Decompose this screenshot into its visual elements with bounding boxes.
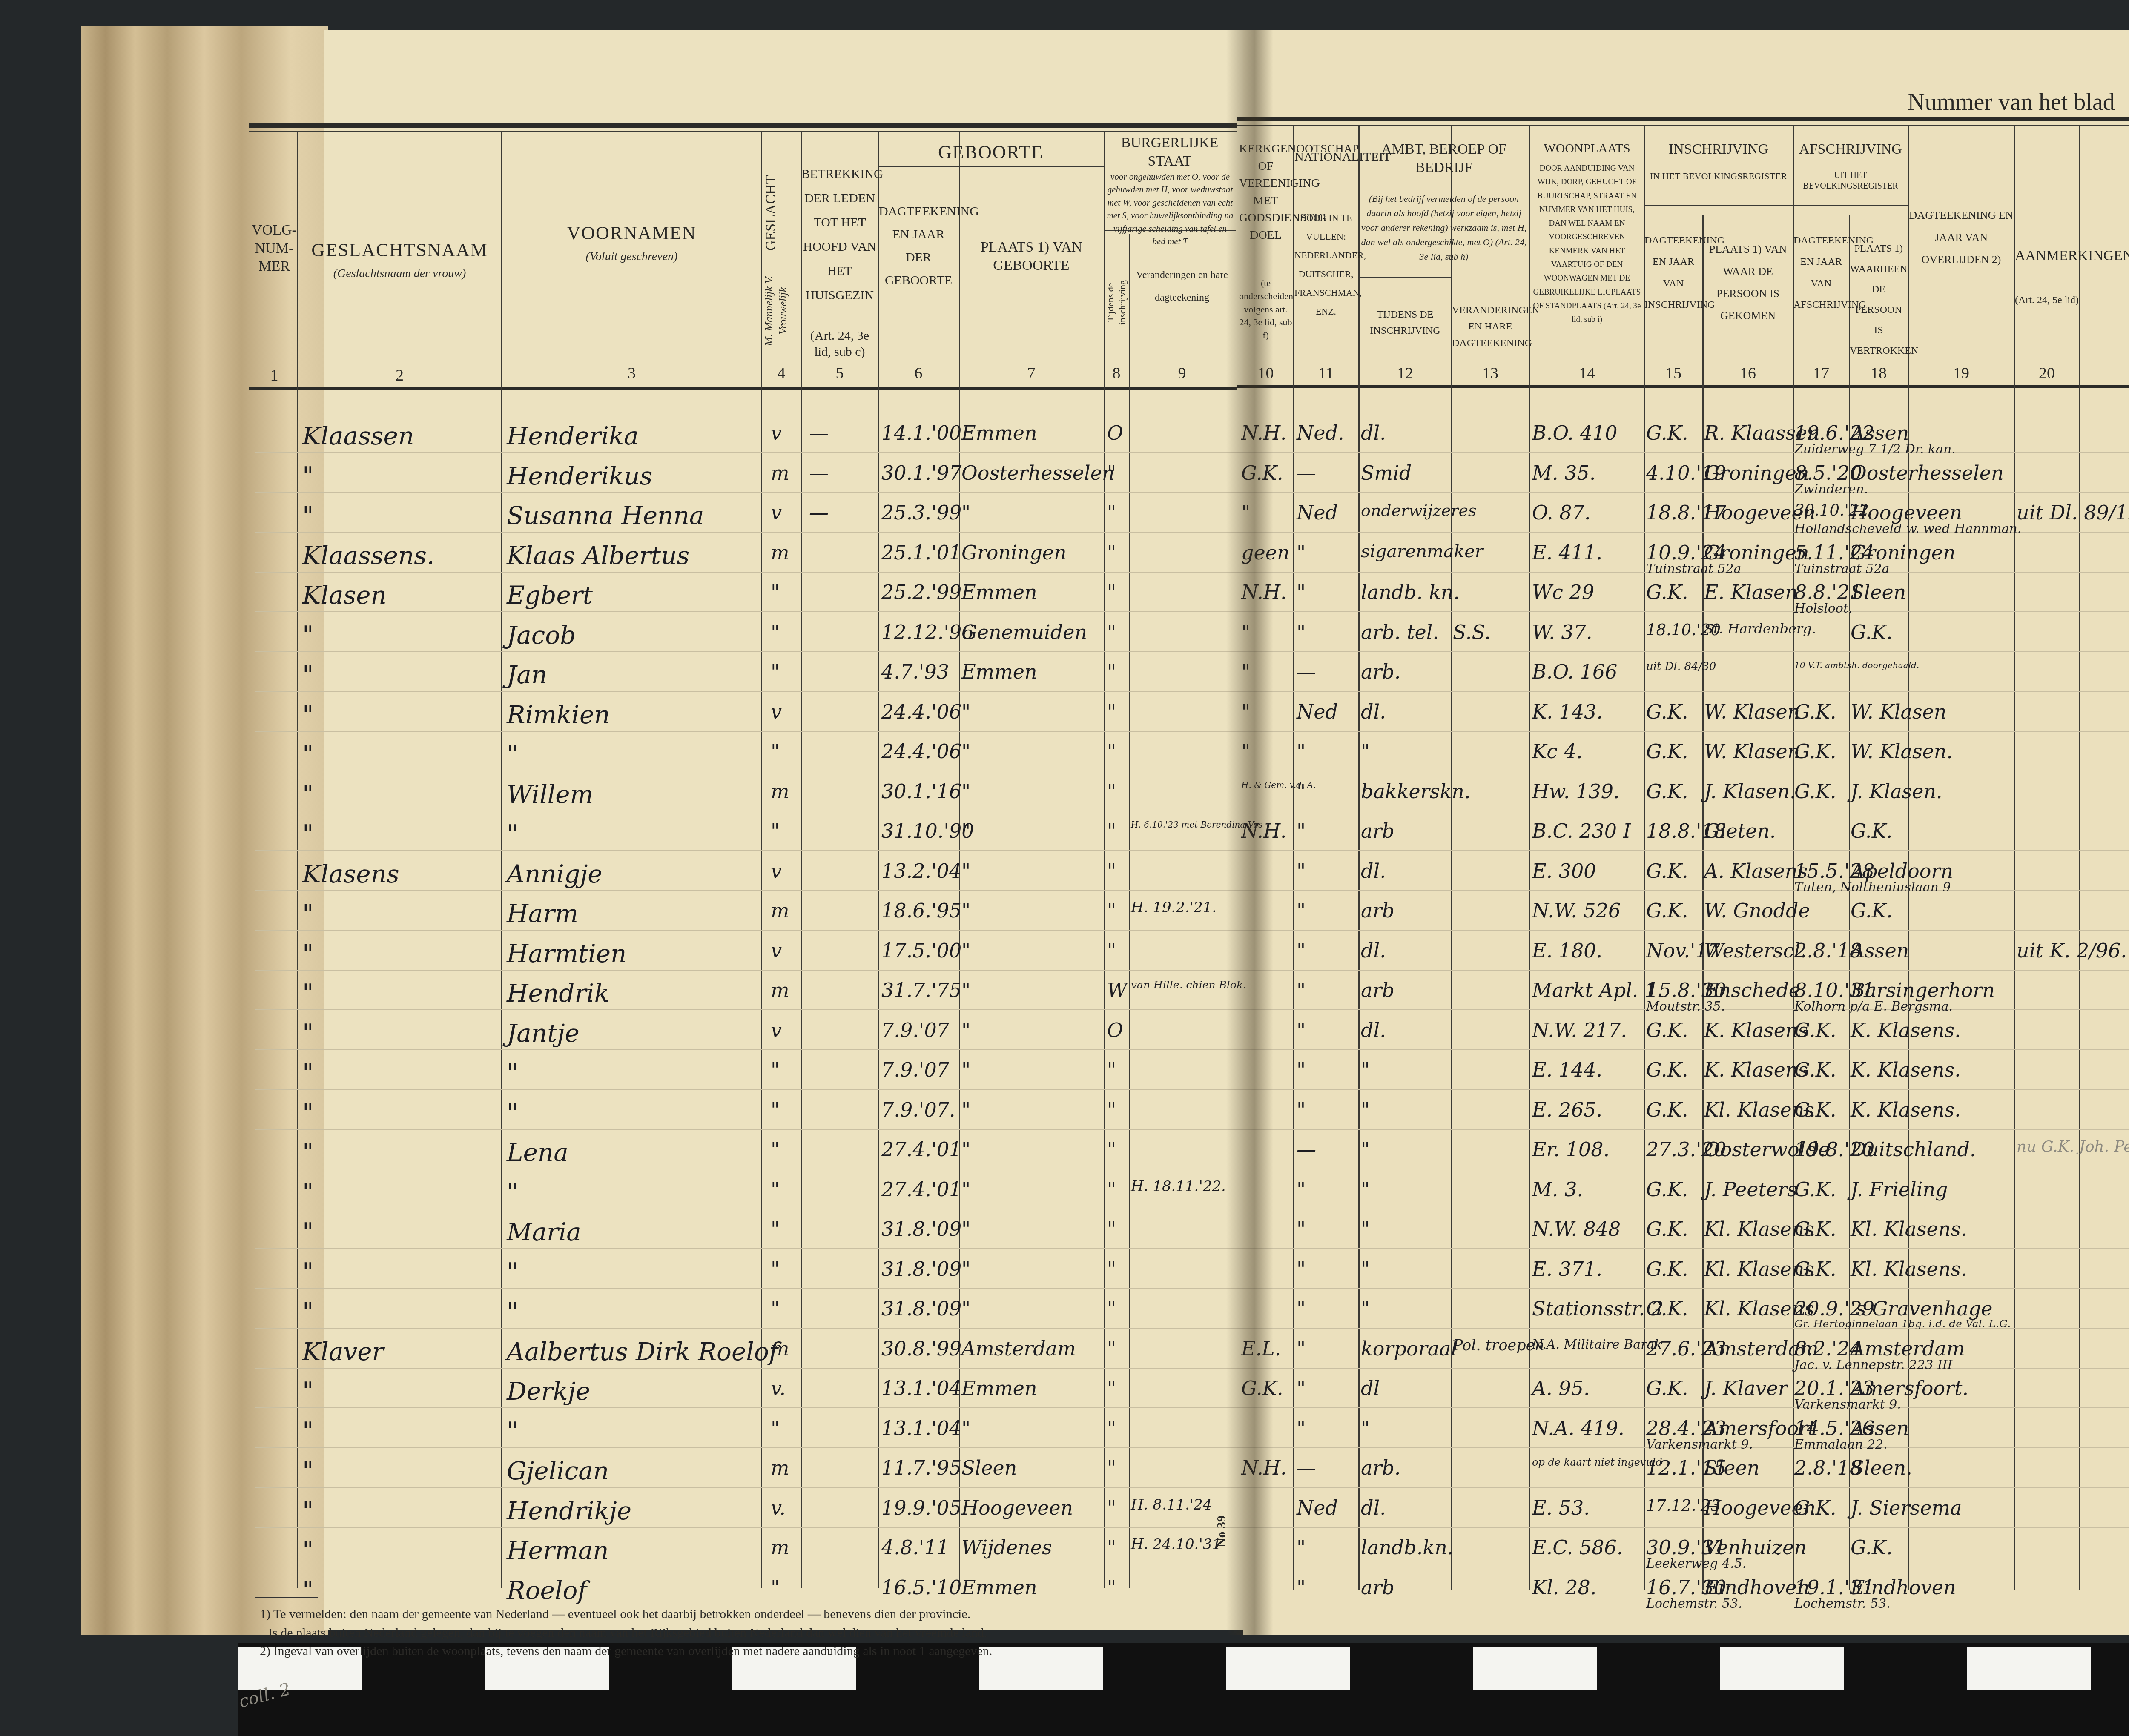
cell-in-from: Amsterdam (1704, 1337, 1808, 1360)
cell-given: " (507, 1417, 518, 1446)
cell-born: 31.10.'90 (881, 819, 974, 842)
cell-civil: " (1107, 1456, 1116, 1479)
row-rule (255, 970, 2129, 971)
row-rule (255, 1248, 2129, 1249)
cell-surname: " (302, 1098, 314, 1127)
cell-out-date: G.K. (1794, 780, 1836, 803)
cell-civil: " (1107, 1377, 1116, 1400)
cell-address: A. 95. (1532, 1377, 1590, 1400)
cell-sex: m (771, 541, 789, 564)
header-voornamen-sub: (Voluit geschreven) (502, 249, 761, 264)
col-divider (1293, 126, 1294, 1590)
cell-sex: " (771, 1058, 780, 1081)
cell-given: " (507, 1058, 518, 1087)
cell-civil: " (1107, 660, 1116, 683)
cell-out-to: K. Klasens. (1851, 1019, 1961, 1042)
cell-given: Hendrikje (507, 1496, 631, 1525)
cell-birthplace: " (961, 1178, 970, 1201)
cell-in-from: J. Klasen. (1704, 780, 1796, 803)
cell-given: Egbert (507, 581, 593, 610)
cell-remarks: nu G.K. Joh. Peeters (2017, 1138, 2129, 1155)
cell-birthplace: " (961, 501, 970, 524)
cell-birthplace: Emmen (961, 660, 1037, 683)
cell-civil: " (1107, 1417, 1116, 1440)
cell-civil: O (1107, 1019, 1123, 1042)
cell-civil: " (1107, 501, 1116, 524)
cell-nat: " (1297, 1178, 1306, 1201)
cell-in-from: Venhuizen (1704, 1536, 1807, 1559)
cell-occ-change: Pol. troepen (1453, 1337, 1544, 1354)
header-afschrijving-sub: UIT HET BEVOLKINGSREGISTER (1793, 170, 1908, 192)
cell-born: 31.7.'75 (881, 979, 961, 1002)
cell-surname: " (302, 780, 314, 809)
cell-given: " (507, 819, 518, 848)
cell-occ: arb. (1361, 1456, 1400, 1479)
cell-out-to: G.K. (1851, 899, 1893, 922)
cell-birthplace: Emmen (961, 1377, 1037, 1400)
cell-surname: Klaassens. (302, 541, 434, 570)
cell-address: N.A. 419. (1532, 1417, 1624, 1440)
cell-sex: m (771, 1536, 789, 1559)
header-burgerlijke-staat: BURGERLIJKE STAAT (1104, 134, 1236, 170)
cell-born: 27.4.'01 (881, 1138, 961, 1161)
cell-birthplace: " (961, 1417, 970, 1440)
cell-birthplace: Sleen (961, 1456, 1017, 1479)
col-number: 17 (1793, 364, 1849, 383)
cell-out-to: Hoogeveen (1851, 501, 1962, 524)
cell-sex: m (771, 979, 789, 1002)
header-voornamen: VOORNAMEN (502, 221, 761, 245)
cell-nat: " (1297, 939, 1306, 962)
cell-born: 31.8.'09 (881, 1217, 961, 1240)
cell-address: Stationsstr. 2 (1532, 1297, 1660, 1320)
row-rule (255, 1209, 2129, 1209)
row-rule (255, 1487, 2129, 1488)
cell-out-to-2: Zwinderen. (1794, 482, 1868, 497)
cell-sex: " (771, 1417, 780, 1440)
cell-given: Annigje (507, 859, 603, 888)
cell-nat: " (1297, 581, 1306, 604)
cell-civil: W (1107, 979, 1127, 1002)
header-afschrijving-datum: DAGTEEKENING EN JAAR VAN AFSCHRIJVING (1793, 230, 1849, 316)
cell-out-to-2: Tuinstraat 52a (1794, 561, 1889, 576)
cell-occ: bakkerskn. (1361, 780, 1467, 803)
cell-given: Derkje (507, 1377, 590, 1406)
cell-in-date: G.K. (1646, 1019, 1688, 1042)
cell-sex: " (771, 1576, 780, 1599)
cell-in-from: Sleen (1704, 1456, 1759, 1479)
cell-in-from: Groningen (1704, 461, 1808, 484)
cell-occ: " (1361, 1297, 1370, 1320)
cell-surname: " (302, 1576, 314, 1605)
cell-in-from: W. Klasen (1704, 740, 1800, 763)
cell-nat: " (1297, 1058, 1306, 1081)
cell-in-from: W. Gnodde (1704, 899, 1808, 922)
cell-in-date: G.K. (1646, 700, 1688, 723)
row-rule (255, 1129, 2129, 1130)
cell-out-to: Assen (1851, 939, 1909, 962)
header-burgerlijke-staat-note: voor ongehuwden met O, voor de gehuwden … (1106, 170, 1234, 248)
col-number: 4 (762, 364, 801, 383)
cell-surname: " (302, 740, 314, 769)
cell-given: Gjelican (507, 1456, 609, 1485)
cell-birthplace: " (961, 1058, 970, 1081)
cell-surname: " (302, 979, 314, 1008)
cell-surname: " (302, 1536, 314, 1565)
header-aanmerkingen-sub: (Art. 24, 5e lid) (2015, 294, 2079, 307)
cell-nat: — (1297, 461, 1316, 484)
cell-address: B.O. 166 (1532, 660, 1618, 683)
cell-in-from: Enschede (1704, 979, 1800, 1002)
cell-occ: " (1361, 1098, 1370, 1121)
cell-sex: v (771, 859, 782, 882)
cell-in-date: G.K. (1646, 421, 1688, 444)
cell-birthplace: Emmen (961, 581, 1037, 604)
cell-address: M. 35. (1532, 461, 1596, 484)
cell-civil: " (1107, 1178, 1116, 1201)
cell-in-date: G.K. (1646, 1098, 1688, 1121)
cell-given: Jantje (507, 1019, 580, 1048)
cell-address: Kc 4. (1532, 740, 1583, 763)
cell-nat: — (1297, 1138, 1316, 1161)
header-woonplaats-sub: DOOR AANDUIDING VAN WIJK, DORP, GEHUCHT … (1530, 162, 1644, 327)
cell-in-from: J. Klaver (1704, 1377, 1788, 1400)
cell-in-date: G.K. (1646, 1297, 1688, 1320)
header-inschrijving-plaats: PLAATS 1) VAN WAAR DE PERSOON IS GEKOMEN (1703, 238, 1793, 327)
cell-in-from: Eindhoven (1704, 1576, 1808, 1599)
cell-sex: " (771, 581, 780, 604)
cell-nat: " (1297, 541, 1306, 564)
cell-nat: " (1297, 1297, 1306, 1320)
header-geslachtsnaam: GESLACHTSNAAM (298, 238, 501, 262)
cell-address: O. 87. (1532, 501, 1590, 524)
cell-out-to: Kl. Klasens. (1851, 1217, 1967, 1240)
cell-in-date: G.K. (1646, 1178, 1688, 1201)
col-number: 20 (2015, 364, 2079, 383)
cell-address: B.C. 230 I (1532, 819, 1631, 842)
cell-surname: " (302, 899, 314, 928)
cell-nat: " (1297, 1337, 1306, 1360)
cell-in-date: uit Dl. 84/30 (1646, 660, 1716, 673)
cell-out-to: W. Klasen. (1851, 740, 1953, 763)
cell-occ: arb (1361, 979, 1394, 1002)
scale-square (1473, 1647, 1597, 1690)
cell-born: 11.7.'95 (881, 1456, 961, 1479)
cell-birthplace: " (961, 1297, 970, 1320)
cell-occ: landb.kn. (1361, 1536, 1453, 1559)
header-afschrijving-group: AFSCHRIJVING (1793, 140, 1908, 159)
cell-surname: " (302, 660, 314, 689)
cell-in-date: G.K. (1646, 780, 1688, 803)
cell-nat: " (1297, 1377, 1306, 1400)
cell-address: K. 143. (1532, 700, 1603, 723)
cell-out-date: G.K. (1794, 1098, 1836, 1121)
cell-birthplace: " (961, 899, 970, 922)
cell-surname: " (302, 1297, 314, 1326)
cell-surname: " (302, 1258, 314, 1286)
geboorte-subrule (878, 166, 1104, 167)
cell-out-to: K. Klasens. (1851, 1058, 1961, 1081)
cell-birthplace: " (961, 939, 970, 962)
footnote-1: 1) Te vermelden: den naam der gemeente v… (260, 1605, 1222, 1661)
cell-address: W. 37. (1532, 621, 1592, 644)
col-divider (297, 132, 298, 1588)
cell-address: Hw. 139. (1532, 780, 1620, 803)
cell-sex: v (771, 939, 782, 962)
cell-out-to-2: Zuiderweg 7 1/2 Dr. kan. (1794, 442, 1956, 457)
scale-square (1967, 1647, 2091, 1690)
cell-birthplace: " (961, 979, 970, 1002)
cell-out-to: Amsterdam (1851, 1337, 1965, 1360)
cell-in-date: G.K. (1646, 1217, 1688, 1240)
cell-born: 7.9.'07 (881, 1019, 949, 1042)
cell-born: 13.2.'04 (881, 859, 961, 882)
cell-out-date: G.K. (1794, 700, 1836, 723)
cell-nat: " (1297, 1019, 1306, 1042)
cell-occ: korporaal (1361, 1337, 1457, 1360)
cell-in-from: A. Klasens (1704, 859, 1808, 882)
cell-sex: " (771, 1258, 780, 1281)
header-afschrijving-plaats: PLAATS 1) WAARHEEN DE PERSOON IS VERTROK… (1850, 238, 1908, 361)
cell-nat: " (1297, 1417, 1306, 1440)
cell-address: E. 411. (1532, 541, 1602, 564)
row-rule (255, 850, 2129, 851)
cell-in-from: Groningen (1704, 541, 1808, 564)
header-bottom-rule-left (249, 387, 1237, 390)
header-aanmerkingen: AANMERKINGEN (2015, 247, 2079, 265)
cell-occ: Smid (1361, 461, 1412, 484)
cell-occ: " (1361, 1058, 1370, 1081)
header-geslacht-sub: M. Mannelijk V. Vrouwelijk (762, 255, 801, 366)
cell-out-to-2: Lochemstr. 53. (1794, 1596, 1891, 1611)
cell-sex: " (771, 819, 780, 842)
cell-civil: " (1107, 819, 1116, 842)
cell-civil: " (1107, 541, 1116, 564)
header-top-rule-left (249, 123, 1237, 128)
cell-birthplace: " (961, 859, 970, 882)
book-gutter-shadow (1226, 30, 1273, 1635)
cell-nat: " (1297, 1576, 1306, 1599)
cell-in-from-2: Moutstr. 35. (1646, 999, 1725, 1014)
row-rule (255, 651, 2129, 652)
col-number: 15 (1644, 364, 1702, 383)
cell-out-to: Assen (1851, 1417, 1909, 1440)
cell-given: Rimkien (507, 700, 610, 729)
cell-given: Henderikus (507, 461, 652, 490)
cell-in-from: R. Klaassen (1704, 421, 1808, 444)
col-divider (1104, 132, 1105, 1588)
cell-occ: arb (1361, 1576, 1394, 1599)
cell-out-date: G.K. (1794, 1058, 1836, 1081)
cell-out-to-2: Gr. Hertoginnelaan 1bg. i.d. de Val. L.G… (1794, 1318, 2011, 1330)
cell-surname: " (302, 621, 314, 650)
cell-in-from: Kl. Klasens (1704, 1098, 1808, 1121)
header-ambt-note: (Bij het bedrijf vermelden of de persoon… (1361, 192, 1527, 264)
cell-out-to: Sleen (1851, 581, 1906, 604)
cell-civil-change: H. 19.2.'21. (1131, 899, 1217, 916)
col-divider (1702, 215, 1704, 1590)
cell-address: N.W. 217. (1532, 1019, 1627, 1042)
cell-civil-change: H. 8.11.'24 (1131, 1496, 1212, 1513)
cell-occ: " (1361, 1217, 1370, 1240)
cell-civil: " (1107, 461, 1116, 484)
cell-in-from: Gieten. (1704, 819, 1776, 842)
cell-sex: m (771, 1337, 789, 1360)
cell-address: Markt Apl. 1. (1532, 979, 1660, 1002)
cell-address: E. 53. (1532, 1496, 1590, 1519)
cell-civil: " (1107, 1098, 1116, 1121)
cell-born: 24.4.'06 (881, 700, 961, 723)
cell-given: Harm (507, 899, 578, 928)
cell-born: 12.12.'96 (881, 621, 974, 644)
col-divider (1358, 126, 1360, 1590)
cell-given: " (507, 1178, 518, 1207)
cell-occ-change: S.S. (1453, 621, 1491, 644)
cell-nat: Ned (1297, 700, 1338, 723)
cell-out-to-2: Kolhorn p/a E. Bergsma. (1794, 999, 1953, 1014)
cell-address: E. 300 (1532, 859, 1596, 882)
cell-in-from: Oosterwolde (1704, 1138, 1808, 1161)
cell-given: " (507, 740, 518, 769)
cell-given: Roelof (507, 1576, 587, 1605)
cell-out-to-2: Tuten, Noltheniuslaan 9 (1794, 880, 1951, 895)
cell-nat: " (1297, 979, 1306, 1002)
cell-occ: dl. (1361, 1019, 1386, 1042)
cell-out-to: J. Klasen. (1851, 780, 1942, 803)
cell-out-date: G.K. (1794, 1019, 1836, 1042)
cell-nat: " (1297, 780, 1306, 803)
cell-in-from-2: Tuinstraat 52a (1646, 561, 1741, 576)
cell-in-from: E. Klasen (1704, 581, 1798, 604)
col-number: 13 (1452, 364, 1529, 383)
cell-surname: " (302, 501, 314, 530)
cell-nat: " (1297, 1536, 1306, 1559)
cell-out-to: K. Klasens. (1851, 1098, 1961, 1121)
cell-birthplace: Amsterdam (961, 1337, 1076, 1360)
cell-in-from: Hoogeveen (1704, 501, 1808, 524)
cell-born: 4.8.'11 (881, 1536, 949, 1559)
cell-sex: v (771, 700, 782, 723)
cell-given: Willem (507, 780, 594, 809)
cell-out-to: J. Frieling (1851, 1178, 1948, 1201)
cell-in-from: K. Klasens (1704, 1019, 1808, 1042)
footnote-2: 2) Ingeval van overlijden buiten de woon… (260, 1642, 1222, 1661)
cell-civil: " (1107, 581, 1116, 604)
cell-out-to: Amersfoort. (1851, 1377, 1968, 1400)
cell-in-from: W. Klasen (1704, 700, 1800, 723)
cell-address: M. 3. (1532, 1178, 1583, 1201)
cell-out-to: Kl. Klasens. (1851, 1258, 1967, 1281)
cell-surname: Klasen (302, 581, 387, 610)
cell-nat: Ned (1297, 501, 1338, 524)
cell-sex: " (771, 1178, 780, 1201)
cell-birthplace: " (961, 1258, 970, 1281)
cell-address: N.A. Militaire Barak (1532, 1337, 1660, 1352)
cell-in-from: Amersfoort (1704, 1417, 1808, 1440)
header-inschrijving-datum: DAGTEEKENING EN JAAR VAN INSCHRIJVING (1644, 230, 1702, 316)
cell-in-from: J. Peeters (1704, 1178, 1797, 1201)
cell-occ: onderwijzeres (1361, 501, 1467, 520)
cell-in-from-2: Varkensmarkt 9. (1646, 1437, 1753, 1452)
col-divider (501, 132, 502, 1588)
scale-square (1720, 1647, 1844, 1690)
cell-surname: " (302, 1417, 314, 1446)
cell-sex: " (771, 621, 780, 644)
cell-occ: dl. (1361, 421, 1386, 444)
cell-address: N.W. 526 (1532, 899, 1621, 922)
cell-surname: " (302, 1217, 314, 1246)
cell-occ: dl (1361, 1377, 1380, 1400)
cell-surname: " (302, 1496, 314, 1525)
col-number: 19 (1908, 364, 2014, 383)
cell-nat: — (1297, 1456, 1316, 1479)
header-inschrijving-sub: IN HET BEVOLKINGSREGISTER (1644, 170, 1793, 182)
cell-born: 27.4.'01 (881, 1178, 961, 1201)
cell-occ: arb (1361, 899, 1394, 922)
header-veranderingen: Veranderingen en hare dagteekening (1131, 264, 1233, 309)
cell-in-date: G.K. (1646, 1258, 1688, 1281)
cell-in-date: G.K. (1646, 859, 1688, 882)
col-number: 14 (1530, 364, 1644, 383)
cell-given: Hendrik (507, 979, 609, 1008)
cell-birthplace: Emmen (961, 421, 1037, 444)
cell-address: E.C. 586. (1532, 1536, 1623, 1559)
header-geboorteplaats: PLAATS 1) VAN GEBOORTE (960, 238, 1103, 275)
cell-born: 31.8.'09 (881, 1297, 961, 1320)
inschrijving-subrule (1644, 205, 1793, 206)
header-bottom-rule-right (1237, 385, 2129, 388)
cell-occ: dl. (1361, 859, 1386, 882)
cell-address: Kl. 28. (1532, 1576, 1596, 1599)
cell-out-to: G.K. (1851, 621, 1893, 644)
cell-occ: sigarenmaker (1361, 541, 1467, 561)
cell-nat: " (1297, 859, 1306, 882)
header-ambt-group: AMBT, BEROEP OF BEDRIJF (1359, 140, 1529, 177)
cell-out-to-2: Emmalaan 22. (1794, 1437, 1888, 1452)
row-rule (255, 1288, 2129, 1289)
cell-address: E. 180. (1532, 939, 1602, 962)
cell-occ: landb. kn. (1361, 581, 1460, 604)
cell-occ: " (1361, 1138, 1370, 1161)
cell-remarks: uit Dl. 89/159 (2017, 501, 2129, 524)
cell-birthplace: " (961, 1098, 970, 1121)
header-nationaliteit: NATIONALITEIT (1294, 149, 1357, 165)
header-geboorte-group: GEBOORTE (878, 140, 1104, 164)
cell-born: 25.2.'99 (881, 581, 961, 604)
header-veranderingen-ambt: VERANDERINGEN EN HARE DAGTEEKENING (1452, 302, 1529, 351)
cell-occ: " (1361, 740, 1370, 763)
cell-civil: " (1107, 621, 1116, 644)
cell-birthplace: Groningen (961, 541, 1067, 564)
cell-civil: O (1107, 421, 1123, 444)
cell-given: Herman (507, 1536, 609, 1565)
col-divider (2079, 126, 2080, 1590)
cell-civil: " (1107, 899, 1116, 922)
cell-surname: " (302, 1019, 314, 1048)
cell-given: Maria (507, 1217, 581, 1246)
cell-in-date: G.K. (1646, 1377, 1688, 1400)
cell-out-to-2: Holsloot. (1794, 601, 1853, 616)
col-number: 1 (251, 366, 297, 385)
cell-born: 30.1.'16 (881, 780, 961, 803)
header-top-rule-left-thin (249, 131, 1237, 132)
cell-address: E. 265. (1532, 1098, 1602, 1121)
cell-rel: — (809, 421, 829, 444)
col-number: 6 (879, 364, 958, 383)
header-geslachtsnaam-sub: (Geslachtsnaam der vrouw) (298, 266, 501, 281)
col-number: 2 (298, 366, 501, 385)
cell-out-date: G.K. (1794, 1217, 1836, 1240)
